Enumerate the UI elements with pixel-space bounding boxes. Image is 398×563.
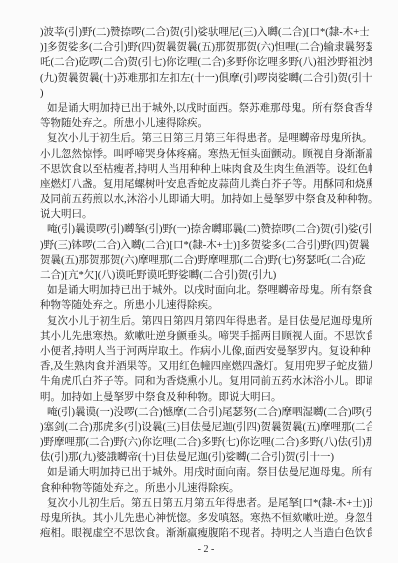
text-line: )波莘(引)野(二)赞捺啰(二合)贺(引)娑驮哩尼(三)入嚩(二合)[口*(隸-…	[40, 25, 372, 40]
text-line: 食种种物等随处弃之。所患小儿速得除疾。	[40, 481, 372, 496]
sutra-text-block: )波莘(引)野(二)赞捺啰(二合)贺(引)娑驮哩尼(三)入嚩(二合)[口*(隸-…	[40, 25, 372, 541]
text-line: 疱相。眼视虚空不思饮食。渐渐羸瘦腹陷不现者。持明之人当造白色饮食及	[40, 526, 372, 541]
text-line: )塞剑(二合)那虎多(引)设曩(三)目佉曼尼迦(引四)贺曩贺曩(五)摩哩那(二合	[40, 420, 372, 435]
text-line: 小便者,持明人当于河两岸取土。作病小儿像,面西安曼拏罗内。复设种种	[40, 344, 372, 359]
text-line: 不思饮食以至枯瘦者,持明人当用种种上味肉食及生肉生鱼酒等。设红色幢八	[40, 162, 372, 177]
text-line: )	[40, 86, 372, 101]
text-line: 二合)[亢*欠](八)谟吒野谟吒野娑嚩(二合引)贺(引九)	[40, 268, 372, 283]
text-line: 复次小儿于初生后。第三日第三月第三年得患者。是哩嚩帝母鬼所执。其	[40, 131, 372, 146]
text-line: 唵(引)曩谟(一)没啰(二合)憾摩(二合引)尾瑟努(二合)摩呬湿嚩(二合)啰(引	[40, 405, 372, 420]
text-line: 及同前五药煎以水,沐浴小儿即诵大明。加持如上曼拏罗中祭食及种种物。即	[40, 192, 372, 207]
text-line: 香,及生熟肉食并酒果等。又用红色幢四座燃四盏灯。复用兜罗子蛇皮猫儿	[40, 359, 372, 374]
text-line: 如是诵大明加持已出于城外。以戌时面向北。祭哩嚩帝母鬼。所有祭食种	[40, 283, 372, 298]
text-line: 如是诵大明加持已出于城外,以戌时面西。祭苏难那母鬼。所有祭食香华	[40, 101, 372, 116]
text-line: 座燃灯八盏。复用尾螺树叶安息香蛇皮蒜茴儿粪白芥子等。用酥同和烧熏小儿	[40, 177, 372, 192]
text-line: 牛角虎爪白芥子等。同和为香烧熏小儿。复用同前五药水沐浴小儿。即诵大	[40, 374, 372, 389]
text-line: 复次小儿于初生后。第四日第四月第四年得患者。是目佉曼尼迦母鬼所执。	[40, 314, 372, 329]
text-line: 明。加持如上曼拏罗中祭食及种种物。即说大明曰。	[40, 390, 372, 405]
text-line: 母鬼所执。其小儿先患心神恍惚。多发嗔怒。寒热不恒欬嗽吐逆。身忽生疮如	[40, 511, 372, 526]
text-line: 佉(引)那(九)婆誐嚩帝(十)目佉曼尼迦(引)娑嚩(二合引)贺(引十一)	[40, 450, 372, 465]
page-number: - 2 -	[40, 543, 372, 556]
text-line: 其小儿先患寒热。欬嗽吐逆身颤垂头。啼哭手摇两目顾视人面。不思饮食大	[40, 329, 372, 344]
text-line: )]多贺娑多(二合引)野(四)贺曩贺曩(五)那贺那贺(六)怛哩(二合)输隶曩努瑟	[40, 40, 372, 55]
text-line: 如是诵大明加持已出于城外。用戌时面向南。祭目佉曼尼迦母鬼。所有祭	[40, 465, 372, 480]
text-line: 唵(引)曩谟啰(引)嚩拏(引)野(一)捺舍嚩耶曩(二)赞捺啰(二合)贺(引)娑(…	[40, 222, 372, 237]
text-line: 说大明曰。	[40, 207, 372, 222]
text-line: 种物等随处弃之。所患小儿速得除疾。	[40, 298, 372, 313]
text-line: 吒(二合)矻啰(二合)贺(引七)你讫哩(二合)多野你讫哩多野(八)祖沙野祖沙野	[40, 55, 372, 70]
text-line: (九)贺曩贺曩(十)苏难那扣左扣左(十一)俱摩(引)啰岗娑嚩(二合引)贺(引十二	[40, 71, 372, 86]
text-line: 小儿忽然惊悸。叫呼啼哭身体疼痛。寒热无恒头面颤动。顾视自身渐渐羸瘦。	[40, 147, 372, 162]
text-line: )野(三)钵啰(二合)入嚩(二合)[口*(隸-木+士)]多贺娑多(二合引)野(四…	[40, 238, 372, 253]
text-line: 等物随处弃之。所患小儿速得除疾。	[40, 116, 372, 131]
document-page: )波莘(引)野(二)赞捺啰(二合)贺(引)娑驮哩尼(三)入嚩(二合)[口*(隸-…	[0, 0, 398, 563]
text-line: 复次小儿初生后。第五日第五月第五年得患者。是尾拏[口*(隸-木+士)]迦	[40, 496, 372, 511]
text-line: )野摩哩那(二合)野(六)你讫哩(二合)多野(七)你讫哩(二合)多野(八)佉(引…	[40, 435, 372, 450]
text-line: 贺曩(五)那贺那贺(六)摩哩那(二合)野摩哩那(二合)野(七)努瑟吒(二合)矻	[40, 253, 372, 268]
